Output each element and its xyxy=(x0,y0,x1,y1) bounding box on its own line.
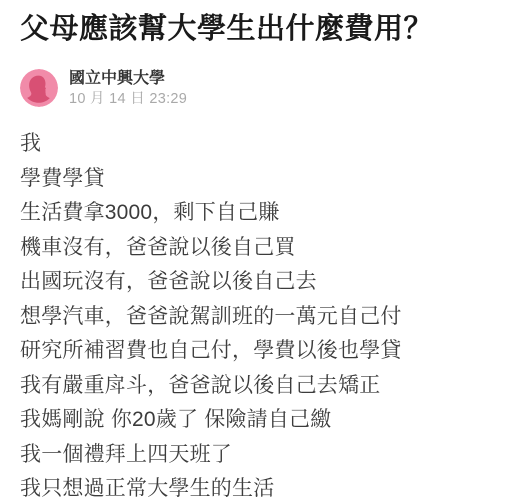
post-title: 父母應該幫大學生出什麼費用？ xyxy=(0,0,526,48)
post-body-line: 我只想過正常大學生的生活 xyxy=(20,472,506,500)
post-body-line: 機車沒有，爸爸說以後自己買 xyxy=(20,231,506,266)
post-body-line: 學費學貸 xyxy=(20,162,506,197)
author-row: 國立中興大學 10 月 14 日 23:29 xyxy=(0,69,526,107)
post-body-line: 生活費拿3000，剩下自己賺 xyxy=(20,196,506,231)
post-body-line: 我一個禮拜上四天班了 xyxy=(20,438,506,473)
post-body-line: 出國玩沒有，爸爸說以後自己去 xyxy=(20,265,506,300)
author-school-name: 國立中興大學 xyxy=(69,69,187,88)
post-body: 我 學費學貸 生活費拿3000，剩下自己賺 機車沒有，爸爸說以後自己買 出國玩沒… xyxy=(0,127,526,500)
post-body-line: 想學汽車，爸爸說駕訓班的一萬元自己付 xyxy=(20,300,506,335)
post-page: 父母應該幫大學生出什麼費用？ 國立中興大學 10 月 14 日 23:29 我 … xyxy=(0,0,526,500)
post-body-line: 研究所補習費也自己付，學費以後也學貸 xyxy=(20,334,506,369)
post-body-line: 我有嚴重戽斗，爸爸說以後自己去矯正 xyxy=(20,369,506,404)
post-body-line: 我媽剛說 你20歲了 保險請自己繳 xyxy=(20,403,506,438)
post-timestamp: 10 月 14 日 23:29 xyxy=(69,90,187,108)
female-profile-avatar-icon xyxy=(20,69,58,107)
post-body-line: 我 xyxy=(20,127,506,162)
author-meta: 國立中興大學 10 月 14 日 23:29 xyxy=(69,69,187,108)
